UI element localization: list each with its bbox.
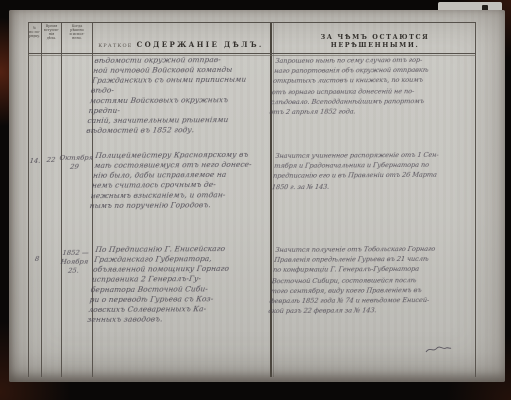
center-divider-rule — [270, 23, 272, 377]
column-rule — [61, 23, 62, 377]
header-content-cases: КРАТКОЕСОДЕРЖАНІЕ ДѢЛЪ. — [95, 32, 267, 51]
column-rule — [475, 23, 476, 377]
entry-content: Полицеймейстеру Красноярскому въ маѣ сос… — [89, 150, 268, 211]
entry-content: По Предписанію Г. Енисейскаго Гражданска… — [87, 244, 268, 325]
header-col-resolved: Когда рѣшено и испол- нено. — [62, 24, 92, 40]
entry-date: 1852 — Ноября 25. — [56, 249, 93, 276]
header-content-label: СОДЕРЖАНІЕ ДѢЛЪ. — [137, 40, 264, 49]
column-rule — [28, 23, 29, 377]
entry-resolution: Значится учиненное распоряженіе отъ 1 Се… — [271, 150, 474, 192]
entry-content: вѣдомости окружной отправ- ной почтовой … — [86, 55, 267, 136]
entry-resolution: Значится полученіе отъ Тобольскаго Горна… — [268, 244, 476, 317]
header-content-prefix: КРАТКОЕ — [98, 43, 132, 49]
header-col-number: № по по- рядку. — [28, 26, 41, 38]
entry-date: Октября 29 — [58, 154, 92, 172]
column-rule — [41, 23, 42, 377]
header-pending-cases: ЗА ЧѢМЪ ОСТАЮТСЯ НЕРѢШЕННЫМИ. — [277, 33, 473, 49]
header-bottom-rule — [28, 53, 476, 54]
entry-number: 8 — [30, 255, 44, 264]
flourish-squiggle-icon — [424, 342, 452, 355]
entry-resolution: Запрошено нынѣ по сему случаю отъ гор- н… — [269, 55, 472, 118]
photo-frame: № по по- рядку. Время вступле- нія дѣла.… — [0, 0, 511, 400]
clerk-flourish — [424, 342, 452, 360]
header-col-received: Время вступле- нія дѣла. — [42, 24, 61, 40]
document-page: № по по- рядку. Время вступле- нія дѣла.… — [9, 10, 505, 382]
